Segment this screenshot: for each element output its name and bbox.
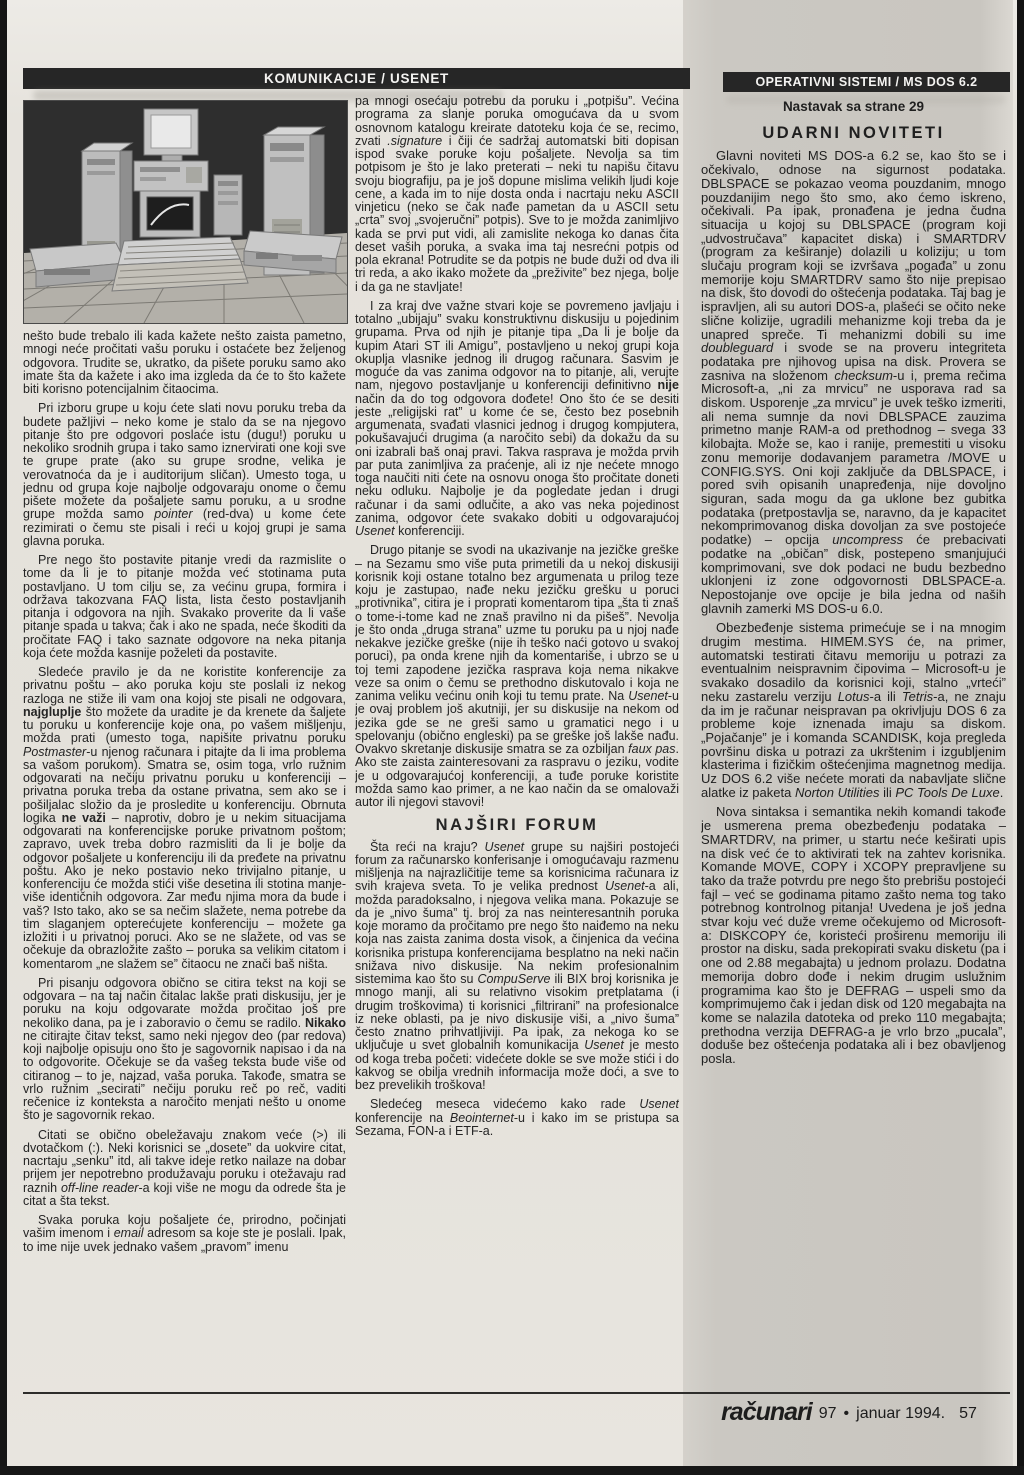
issue-date: januar 1994.	[856, 1405, 945, 1422]
computers-photo-graphic	[24, 101, 347, 323]
paragraph: Obezbeđenje sistema primećuje se i na mn…	[701, 621, 1006, 799]
paragraph: Glavni noviteti MS DOS-a 6.2 se, kao što…	[701, 149, 1006, 615]
magazine-name: računari	[721, 1398, 812, 1426]
bullet-separator: •	[844, 1405, 850, 1422]
section-header-komunikacije: KOMUNIKACIJE / USENET	[23, 68, 690, 89]
magazine-page-scan: { "page": { "left_header": "KOMUNIKACIJE…	[0, 0, 1024, 1475]
paragraph: Svaka poruka koju pošaljete će, prirodno…	[23, 1214, 346, 1254]
paragraph: nešto bude trebalo ili kada kažete nešto…	[23, 330, 346, 396]
continuation-note: Nastavak sa strane 29	[701, 100, 1006, 114]
paragraph: pa mnogi osećaju potrebu da poruku i „po…	[355, 95, 679, 294]
scan-edge-left	[0, 0, 7, 1475]
paragraph: Sledećeg meseca videćemo kako rade Usene…	[355, 1098, 679, 1138]
section-header-operativni-sistemi: OPERATIVNI SISTEMI / MS DOS 6.2	[723, 72, 1010, 92]
paragraph: Šta reći na kraju? Usenet grupe su najši…	[355, 841, 679, 1093]
article-column-2: pa mnogi osećaju potrebu da poruku i „po…	[355, 95, 679, 1391]
scan-edge-bottom	[0, 1466, 1024, 1475]
section-heading: NAJŠIRI FORUM	[355, 819, 679, 832]
section-heading: UDARNI NOVITETI	[701, 127, 1006, 141]
section-header-left-label: KOMUNIKACIJE / USENET	[264, 71, 449, 86]
paragraph: Citati se obično obeležavaju znakom veće…	[23, 1129, 346, 1209]
paragraph: Nova sintaksa i semantika nekih komandi …	[701, 805, 1006, 1065]
computers-group-photo	[23, 100, 348, 324]
issue-number: 97	[819, 1405, 837, 1422]
paragraph: Pre nego što postavite pitanje vredi da …	[23, 554, 346, 660]
page-footer: računari97•januar 1994.57	[688, 1398, 1010, 1427]
section-header-right-label: OPERATIVNI SISTEMI / MS DOS 6.2	[756, 75, 978, 89]
paragraph: Drugo pitanje se svodi na ukazivanje na …	[355, 544, 679, 809]
paragraph: Pri pisanju odgovora obično se citira te…	[23, 977, 346, 1123]
article-column-1: nešto bude trebalo ili kada kažete nešto…	[23, 330, 346, 1390]
paragraph: I za kraj dve važne stvari koje se povre…	[355, 300, 679, 539]
paragraph: Sledeće pravilo je da ne koristite konfe…	[23, 666, 346, 971]
paragraph: Pri izboru grupe u koju ćete slati novu …	[23, 402, 346, 548]
footer-rule	[23, 1392, 1010, 1394]
article-column-3: Nastavak sa strane 29UDARNI NOVITETIGlav…	[701, 100, 1006, 1390]
page-number: 57	[959, 1405, 977, 1422]
